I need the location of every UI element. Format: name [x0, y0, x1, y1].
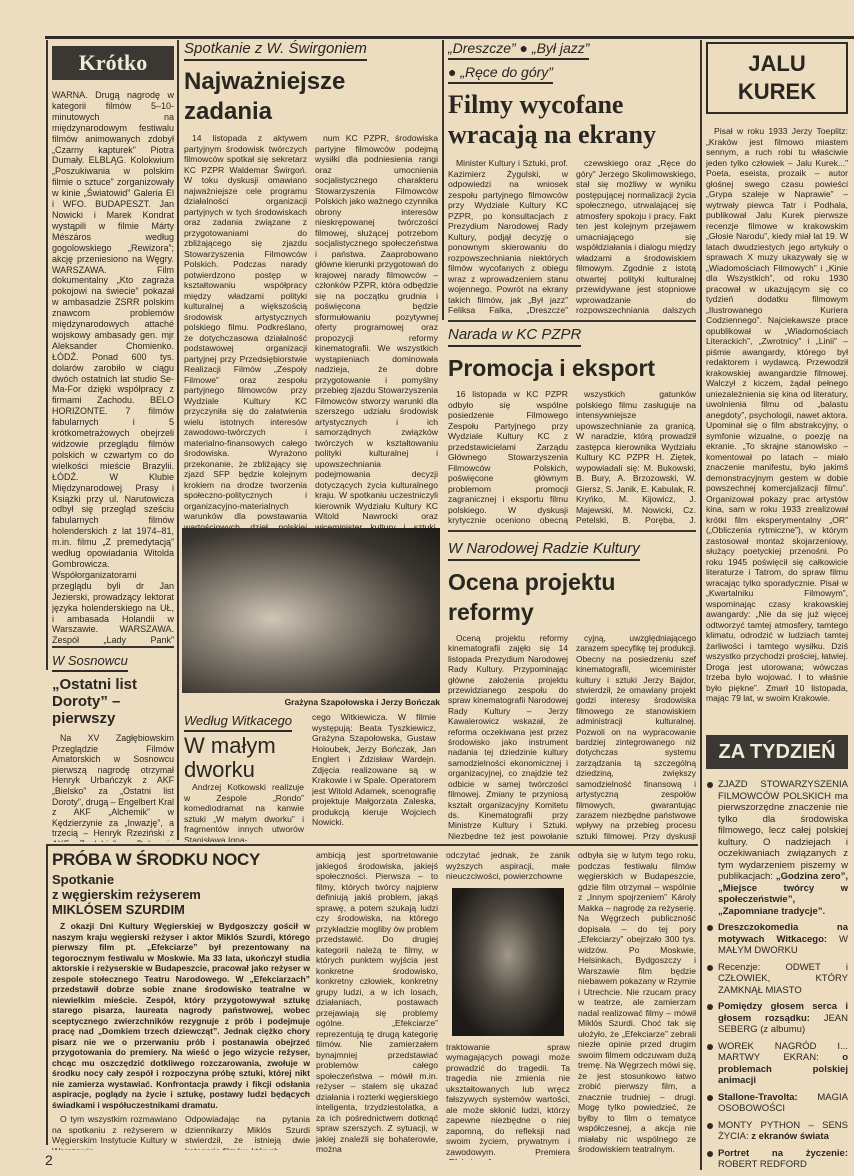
kurek-title-2: KUREK [708, 78, 846, 106]
za-tydzien-item[interactable]: Dreszczokomedia na motywach Witkacego: W… [706, 922, 848, 957]
column-rule [177, 40, 179, 840]
column-rule [700, 40, 702, 1170]
page-number: 2 [45, 1152, 53, 1168]
witkacy-col1: Andrzej Kotkowski realizuje w Zespole „R… [184, 782, 304, 842]
za-tydzien-item[interactable]: MONTY PYTHON – SENS ŻYCIA: z ekranów świ… [706, 1120, 848, 1143]
newspaper-page: Krótko WARNA. Drugą nagrodę w kategorii … [0, 0, 854, 1176]
witkacy-col2: cego Witkiewicza. W filmie występują: Be… [312, 712, 436, 842]
proba-col5: odbyła się w lutym tego roku, podczas fe… [578, 850, 696, 1155]
filmy-headline: Filmy wycofane wracają na ekrany [448, 90, 696, 150]
witkacy-headline-1: W małym [184, 734, 304, 758]
promocja-col2: wszystkich gatunków polskiego filmu zasł… [576, 389, 696, 526]
ocena-section: W Narodowej Radzie Kultury Ocena projekt… [448, 540, 696, 840]
filmy-kicker-2: ● „Ręce do góry” [448, 64, 553, 84]
za-tydzien-section: ZA TYDZIEŃ ZJAZD STOWARZYSZENIA FILMOWCÓ… [706, 735, 848, 1175]
krotko-section: Krótko WARNA. Drugą nagrodę w kategorii … [52, 46, 174, 646]
section-rule [448, 530, 696, 532]
proba-col4-wrap: odczytać jednak, że zanik wyższych aspir… [446, 850, 570, 1160]
proba-col4-bottom: traktowanie spraw wymagających powagi mo… [446, 1042, 570, 1161]
filmy-col1: Minister Kultury i Sztuki, prof. Kazimie… [448, 158, 568, 315]
za-tydzien-item[interactable]: Recenzje: ODWET i CZŁOWIEK, KTÓRY ZAMKNĄ… [706, 962, 848, 997]
column-rule [46, 845, 48, 1145]
column-rule [442, 40, 444, 320]
ocena-kicker: W Narodowej Radzie Kultury [448, 540, 640, 561]
sosnowiec-section: W Sosnowcu „Ostatni list Doroty” – pierw… [52, 652, 174, 842]
photo-caption: Grażyna Szapołowska i Jerzy Bończak [182, 697, 440, 707]
kurek-section: JALU KUREK Pisał w roku 1933 Jerzy Toepl… [706, 42, 848, 732]
swirgon-kicker: Spotkanie z W. Świrgoniem [184, 40, 367, 61]
swirgon-headline: Najważniejsze zadania [184, 67, 438, 127]
kurek-text: Pisał w roku 1933 Jerzy Toeplitz: „Krakó… [706, 126, 848, 704]
krotko-title: Krótko [52, 46, 174, 80]
filmy-kicker-1: „Dreszcze” ● „Był jazz” [448, 40, 589, 60]
proba-sub-1: Spotkanie [52, 872, 310, 887]
promocja-section: Narada w KC PZPR Promocja i eksport 16 l… [448, 326, 696, 526]
za-tydzien-item[interactable]: WOREK NAGRÓD I... MARTWY EKRAN: o proble… [706, 1041, 848, 1087]
ocena-headline: Ocena projektu reformy [448, 567, 696, 627]
swirgon-col1: 14 listopada z aktywem partyjnym środowi… [184, 133, 307, 530]
swirgon-section: Spotkanie z W. Świrgoniem Najważniejsze … [184, 40, 438, 530]
za-tydzien-item[interactable]: ZJAZD STOWARZYSZENIA FILMOWCÓW POLSKICH … [706, 779, 848, 917]
filmy-section: „Dreszcze” ● „Był jazz” ● „Ręce do góry”… [448, 40, 696, 315]
witkacy-section: Według Witkacego W małym dworku Andrzej … [184, 712, 438, 842]
witkacy-kicker: Według Witkacego [184, 713, 292, 732]
section-rule [448, 320, 696, 322]
section-rule [46, 844, 698, 846]
section-rule [52, 646, 174, 648]
proba-headline: PRÓBA W ŚRODKU NOCY [52, 850, 310, 870]
proba-sub-3: MIKLÓSEM SZURDIM [52, 902, 310, 917]
za-tydzien-list: ZJAZD STOWARZYSZENIA FILMOWCÓW POLSKICH … [706, 779, 848, 1171]
column-rule [46, 40, 48, 670]
promocja-headline: Promocja i eksport [448, 353, 696, 383]
promocja-kicker: Narada w KC PZPR [448, 326, 581, 347]
ocena-col1: Oceną projektu reformy kinematografii za… [448, 633, 568, 840]
proba-lead: Z okazji Dni Kultury Węgierskiej w Bydgo… [52, 921, 310, 1110]
witkacy-headline-2: dworku [184, 758, 304, 782]
kurek-title-box: JALU KUREK [706, 42, 848, 114]
proba-col5-wrap: odbyła się w lutym tego roku, podczas fe… [578, 850, 696, 1160]
kurek-title-1: JALU [708, 50, 846, 78]
krotko-text: WARNA. Drugą nagrodę w kategorii filmów … [52, 90, 174, 646]
proba-col2: Odpowiadając na pytania dziennikarzy Mik… [185, 1114, 310, 1150]
swirgon-col2: num KC PZPR, środowiska partyjne filmowc… [315, 133, 438, 530]
ocena-col2: cyjną, uwzględniającego zarazem specyfik… [576, 633, 696, 840]
za-tydzien-item[interactable]: Stallone-Travolta: MAGIA OSOBOWOŚCI [706, 1092, 848, 1115]
proba-col3-wrap: ambicją jest sportretowanie jakiegoś śro… [316, 850, 438, 1160]
sosnowiec-headline: „Ostatni list Doroty” – pierwszy [52, 676, 174, 727]
photo-szurdi [452, 888, 564, 1036]
proba-sub-2: z węgierskim reżyserem [52, 887, 310, 902]
photo-szapolowska-bonczak [182, 528, 440, 693]
za-tydzien-item[interactable]: Pomiędzy głosem serca i głosem rozsądku:… [706, 1001, 848, 1036]
promocja-col1: 16 listopada w KC PZPR odbyło się wspóln… [448, 389, 568, 526]
top-rule [45, 36, 854, 39]
za-tydzien-item[interactable]: Portret na życzenie: ROBERT REDFORD [706, 1148, 848, 1171]
proba-col1: O tym wszystkim rozmawiano na spotkaniu … [52, 1114, 177, 1150]
proba-col3: ambicją jest sportretowanie jakiegoś śro… [316, 850, 438, 1155]
proba-section: PRÓBA W ŚRODKU NOCY Spotkanie z węgiersk… [52, 850, 310, 1150]
proba-col4-top: odczytać jednak, że zanik wyższych aspir… [446, 850, 570, 882]
za-tydzien-title: ZA TYDZIEŃ [706, 735, 848, 769]
sosnowiec-text: Na XV Zagłębiowskim Przeglądzie Filmów A… [52, 733, 174, 842]
sosnowiec-kicker: W Sosnowcu [52, 653, 128, 672]
filmy-col2: czewskiego oraz „Ręce do góry” Jerzego S… [576, 158, 696, 315]
